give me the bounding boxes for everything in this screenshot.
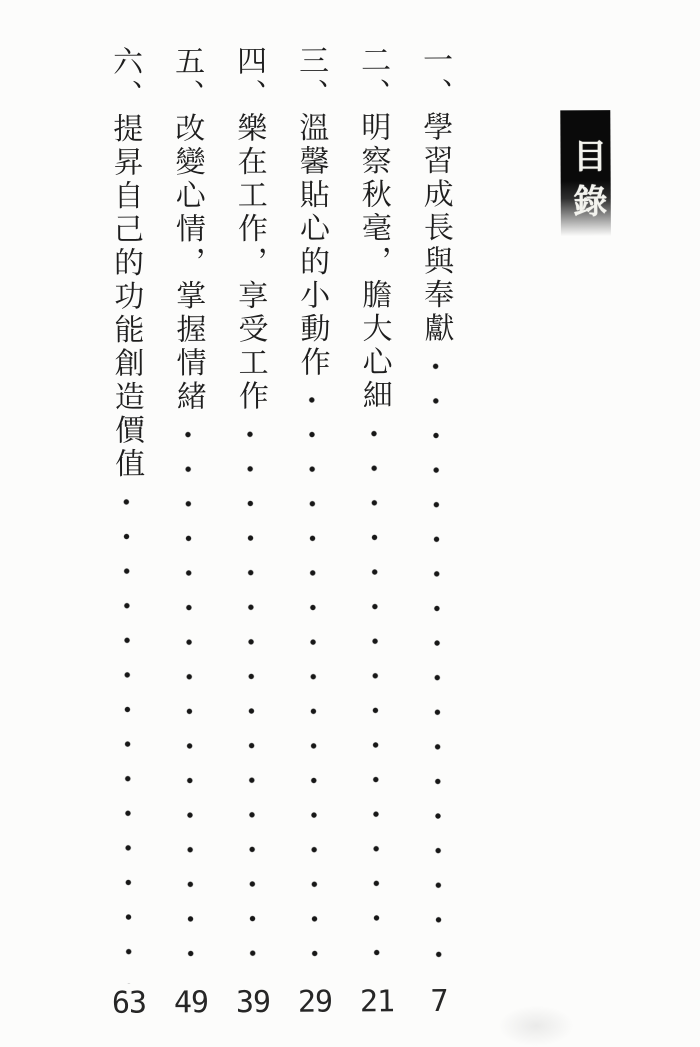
toc-entry: 一、學習成長與奉獻 7 (403, 44, 470, 1020)
toc-title: 目錄 (568, 138, 603, 236)
toc-entry-leader-dots (281, 383, 346, 983)
toc-entry: 四、樂在工作，享受工作 39 (217, 45, 284, 1021)
toc-entry-page-number: 63 (112, 984, 146, 1022)
toc-entry-page-number: 7 (430, 982, 447, 1020)
toc-entry-text: 五、改變心情，掌握情緒 (168, 45, 206, 414)
toc-entry-text: 三、溫馨貼心的小動作 (292, 45, 330, 380)
toc-entry-leader-dots (95, 484, 160, 984)
page-content: 目錄 一、學習成長與奉獻 7 二、明察秋毫，膽大心細 21 三、溫馨貼心的小動作… (0, 0, 700, 1047)
toc-title-block: 目錄 (560, 110, 611, 236)
toc-entry: 六、提昇自己的功能創造價值 63 (93, 45, 160, 1021)
toc-entry-leader-dots (157, 417, 222, 984)
toc-entry-leader-dots (343, 416, 408, 983)
toc-entry: 三、溫馨貼心的小動作 29 (279, 45, 346, 1021)
toc-entry-text: 四、樂在工作，享受工作 (230, 45, 268, 414)
toc-entry-text: 一、學習成長與奉獻 (416, 44, 454, 346)
toc-entry-leader-dots (405, 348, 470, 982)
scanned-toc-page: 目錄 一、學習成長與奉獻 7 二、明察秋毫，膽大心細 21 三、溫馨貼心的小動作… (0, 0, 700, 1047)
toc-entry: 五、改變心情，掌握情緒 49 (155, 45, 222, 1021)
scan-smudge (498, 1005, 574, 1046)
toc-entry-leader-dots (219, 416, 284, 983)
toc-entry-page-number: 21 (360, 982, 394, 1020)
toc-entry-page-number: 29 (298, 983, 332, 1021)
toc-entry-text: 六、提昇自己的功能創造價值 (106, 46, 144, 482)
toc-entry-text: 二、明察秋毫，膽大心細 (354, 44, 392, 413)
toc-entry: 二、明察秋毫，膽大心細 21 (341, 44, 408, 1020)
toc-entries: 一、學習成長與奉獻 7 二、明察秋毫，膽大心細 21 三、溫馨貼心的小動作 29… (93, 44, 470, 1022)
toc-entry-page-number: 39 (236, 983, 270, 1021)
toc-entry-page-number: 49 (174, 983, 208, 1021)
